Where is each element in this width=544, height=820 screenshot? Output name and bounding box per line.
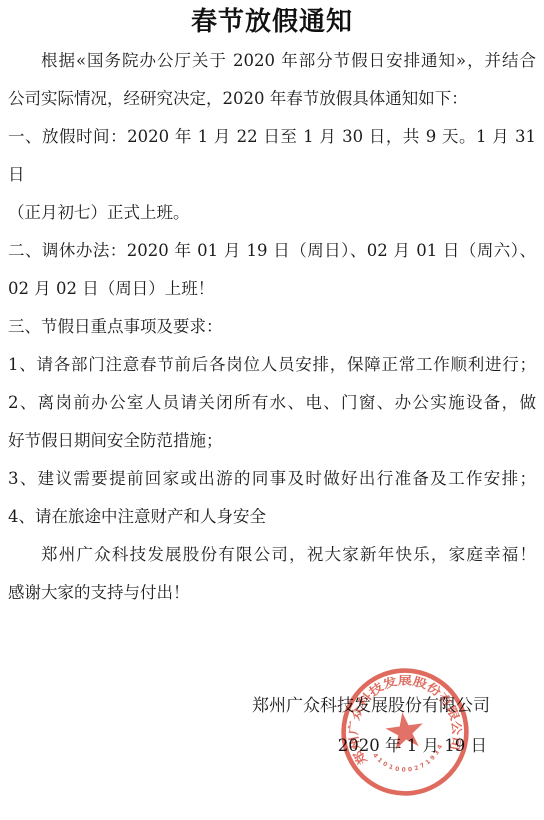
body-line: 1、请各部门注意春节前后各岗位人员安排，保障正常工作顺利进行； (8, 346, 536, 384)
page-title: 春节放假通知 (0, 2, 544, 42)
body-line: 感谢大家的支持与付出！ (8, 574, 536, 612)
body-line: 郑州广众科技发展股份有限公司，祝大家新年快乐，家庭幸福！ (8, 536, 536, 574)
body-line: 3、建议需要提前回家或出游的同事及时做好出行准备及工作安排； (8, 460, 536, 498)
body-line: 2、离岗前办公室人员请关闭所有水、电、门窗、办公实施设备，做 (8, 384, 536, 422)
body-line: （正月初七）正式上班。 (8, 194, 536, 232)
signature-block: 郑州广众科技发展股份有限公司 2020 年 1 月 19 日 (0, 687, 544, 765)
body-line: 好节假日期间安全防范措施； (8, 422, 536, 460)
body-line: 02 月 02 日（周日）上班！ (8, 270, 536, 308)
signature-company: 郑州广众科技发展股份有限公司 (0, 687, 544, 725)
body-line: 二、调休办法：2020 年 01 月 19 日（周日）、02 月 01 日（周六… (8, 232, 536, 270)
body-line: 根据«国务院办公厅关于 2020 年部分节假日安排通知»，并结合 (8, 42, 536, 80)
body-line: 三、节假日重点事项及要求： (8, 308, 536, 346)
body-line: 公司实际情况，经研究决定，2020 年春节放假具体通知如下： (8, 80, 536, 118)
body-line: 4、请在旅途中注意财产和人身安全 (8, 498, 536, 536)
signature-date: 2020 年 1 月 19 日 (0, 727, 544, 765)
notice-document: 春节放假通知 根据«国务院办公厅关于 2020 年部分节假日安排通知»，并结合 … (0, 0, 544, 820)
body-line: 一、放假时间：2020 年 1 月 22 日至 1 月 30 日，共 9 天。1… (8, 118, 536, 194)
notice-body: 根据«国务院办公厅关于 2020 年部分节假日安排通知»，并结合 公司实际情况，… (0, 42, 544, 612)
